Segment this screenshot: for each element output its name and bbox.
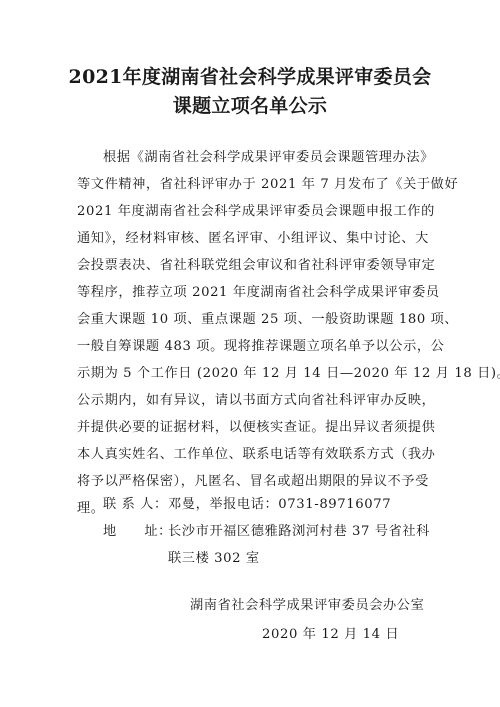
signature-date: 2020 年 12 月 14 日 <box>262 627 399 643</box>
document-title-line-1: 2021年度湖南省社会科学成果评审委员会 <box>0 62 500 92</box>
body-line: 等文件精神，省社科评审办于 2021 年 7 月发布了《关于做好 <box>77 177 423 193</box>
document-title-line-2: 课题立项名单公示 <box>0 91 500 121</box>
body-line: 会重大课题 10 项、重点课题 25 项、一般资助课题 180 项、 <box>77 312 423 328</box>
body-line: 一般自筹课题 483 项。现将推荐课题立项名单予以公示，公 <box>77 339 423 355</box>
body-line: 将予以严格保密），凡匿名、冒名或超出期限的异议不予受 <box>77 474 423 490</box>
address-line-1: 长沙市开福区德雅路浏河村巷 37 号省社科 <box>168 524 430 540</box>
body-line: 2021 年度湖南省社会科学成果评审委员会课题申报工作的 <box>77 204 423 220</box>
address-line-2: 联三楼 302 室 <box>168 551 260 567</box>
body-line: 公示期内，如有异议，请以书面方式向省社科评审办反映， <box>77 393 423 409</box>
body-line: 示期为 5 个工作日 (2020 年 12 月 14 日—2020 年 12 月… <box>77 366 423 382</box>
body-line: 根据《湖南省社会科学成果评审委员会课题管理办法》 <box>103 150 423 166</box>
body-line: 本人真实姓名、工作单位、联系电话等有效联系方式（我办 <box>77 447 423 463</box>
body-line: 并提供必要的证据材料，以便核实查证。提出异议者须提供 <box>77 420 423 436</box>
contact-person-value: 邓曼，举报电话：0731-89716077 <box>168 497 391 513</box>
body-line: 会投票表决、省社科联党组会审议和省社科评审委领导审定 <box>77 258 423 274</box>
address-label: 地 址： <box>103 524 172 540</box>
body-line: 等程序，推荐立项 2021 年度湖南省社会科学成果评审委员 <box>77 285 423 301</box>
contact-person-label: 联 系 人： <box>103 497 168 513</box>
signature-org: 湖南省社会科学成果评审委员会办公室 <box>190 598 424 614</box>
body-line: 通知》，经材料审核、匿名评审、小组评议、集中讨论、大 <box>77 231 423 247</box>
